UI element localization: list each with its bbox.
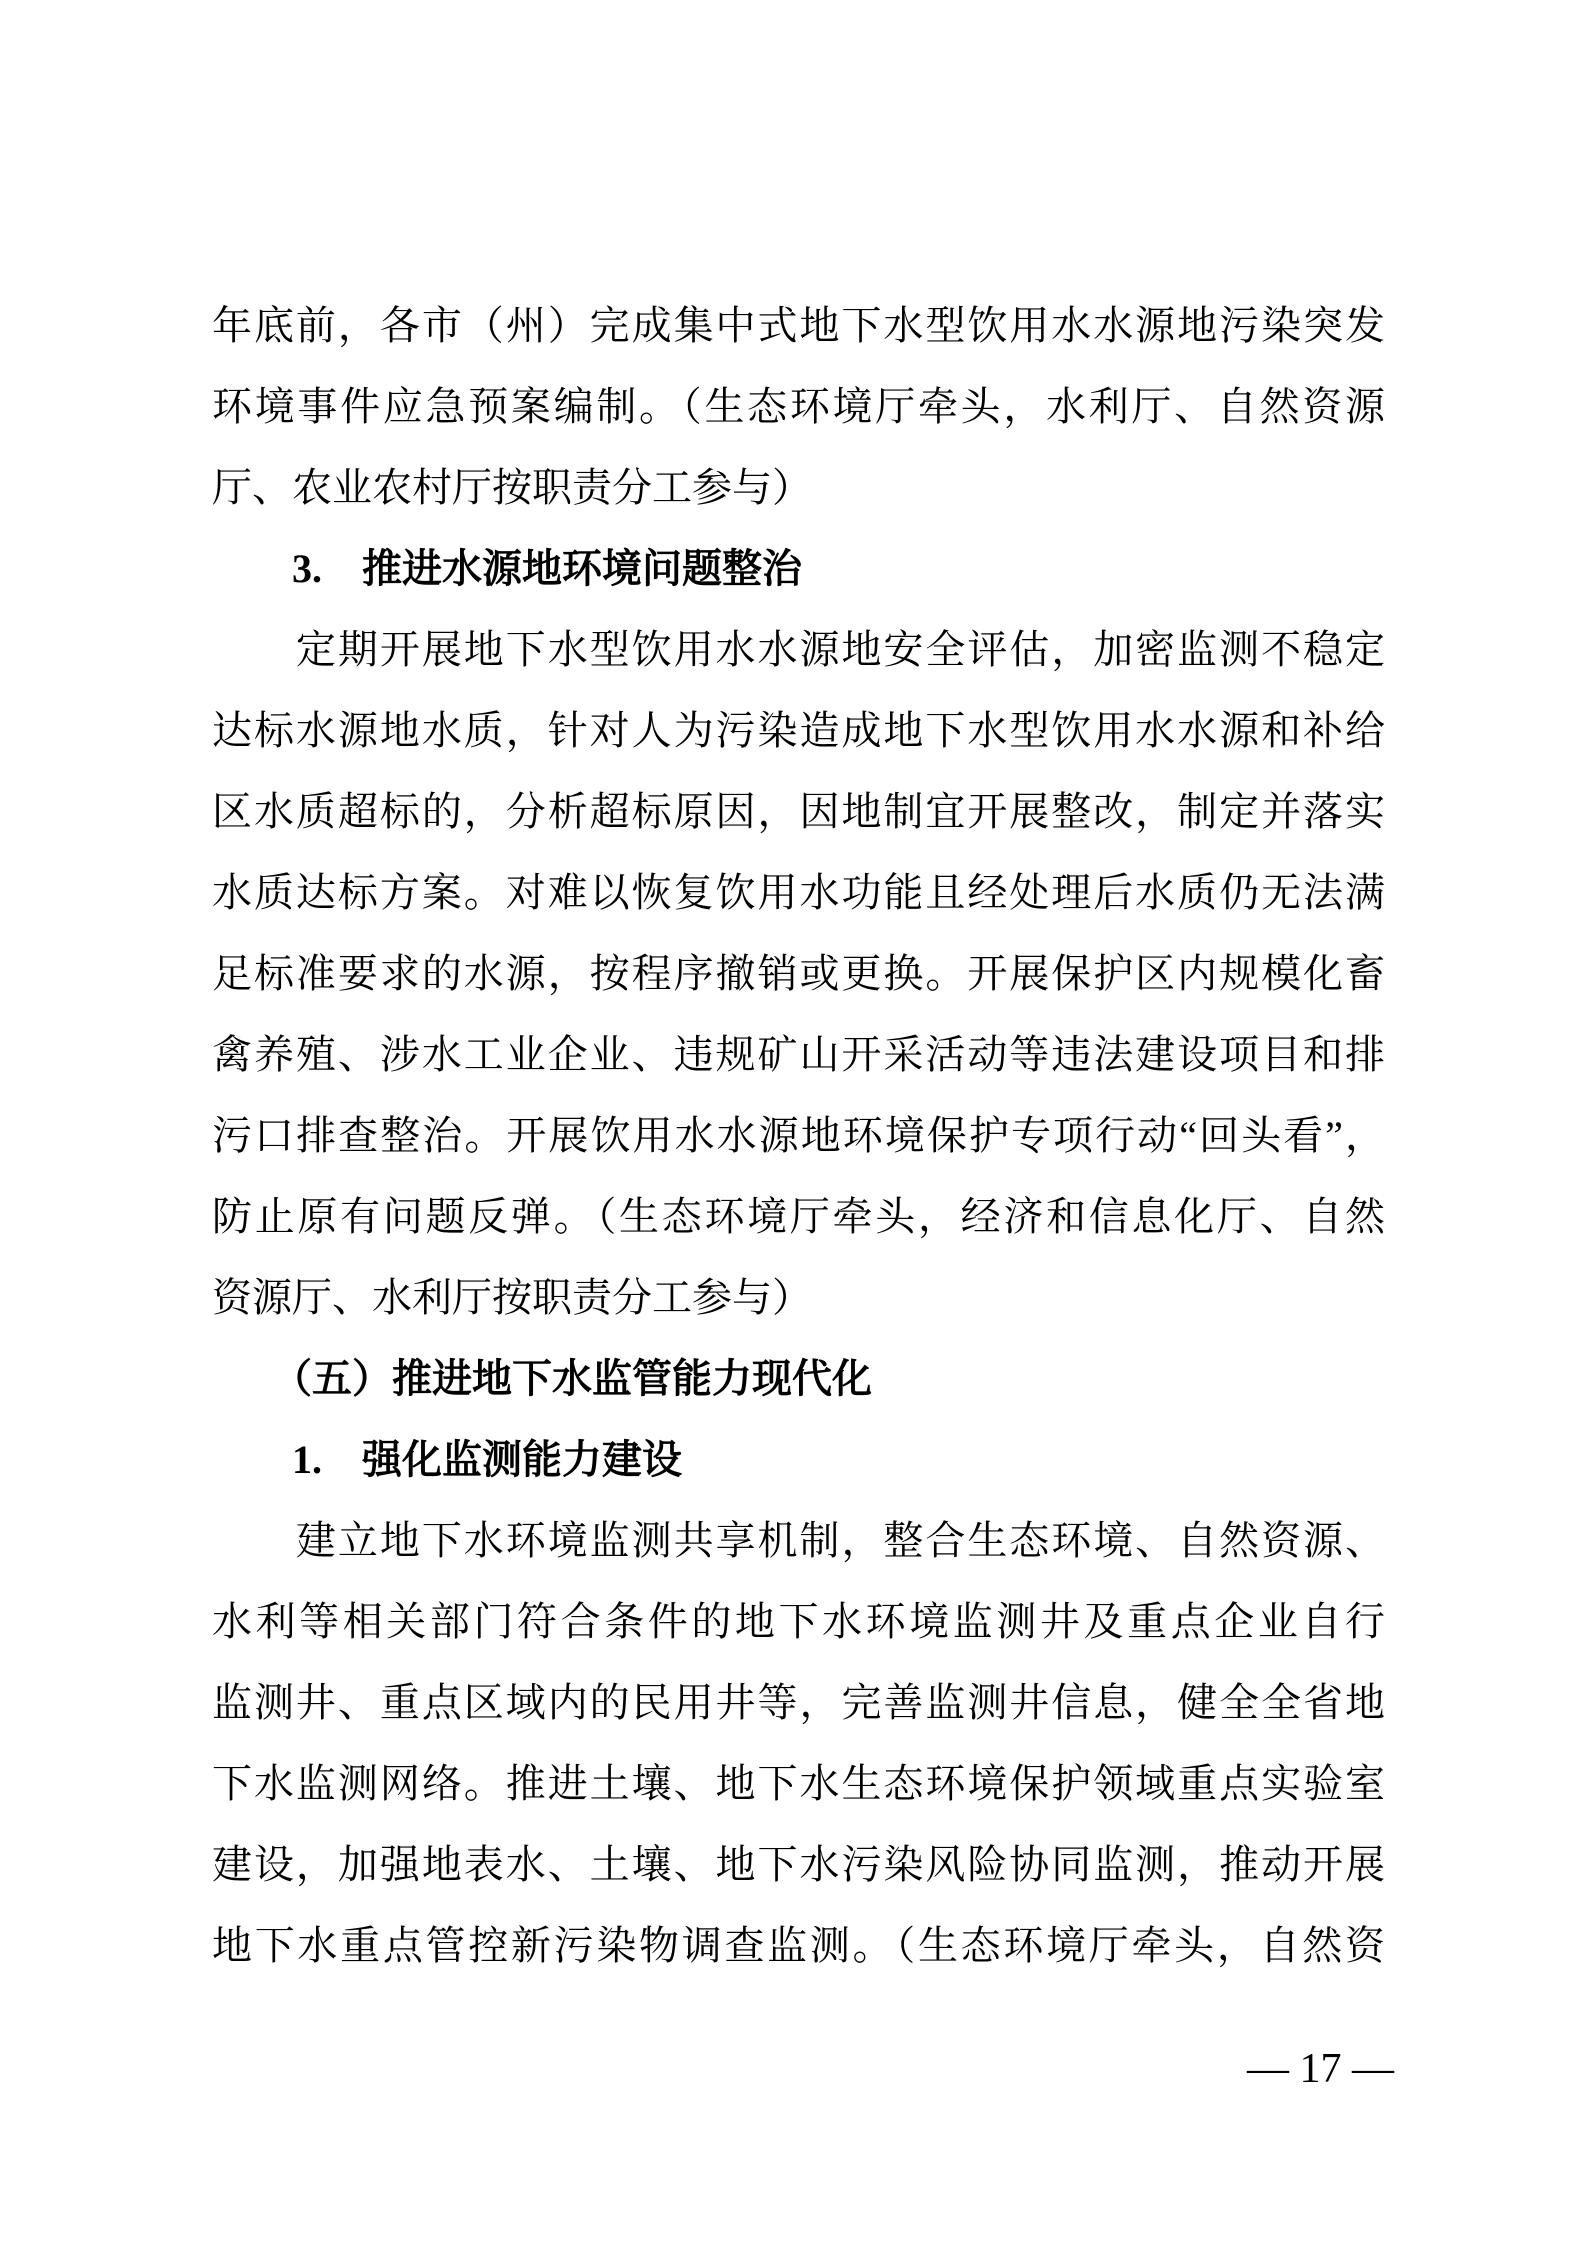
text-line: 地下水重点管控新污染物调查监测。（生态环境厅牵头，自然资	[212, 1905, 1385, 1986]
text-line: 水质达标方案。对难以恢复饮用水功能且经处理后水质仍无法满	[212, 852, 1385, 933]
text-line: 水利等相关部门符合条件的地下水环境监测井及重点企业自行	[212, 1581, 1385, 1662]
text-line: 建设，加强地表水、土壤、地下水污染风险协同监测，推动开展	[212, 1824, 1385, 1905]
document-page: 年底前，各市（州）完成集中式地下水型饮用水水源地污染突发环境事件应急预案编制。（…	[0, 0, 1587, 2245]
text-line: 下水监测网络。推进土壤、地下水生态环境保护领域重点实验室	[212, 1743, 1385, 1824]
text-line: 1. 强化监测能力建设	[212, 1419, 1385, 1500]
text-line: 达标水源地水质，针对人为污染造成地下水型饮用水水源和补给	[212, 690, 1385, 771]
text-line: 足标准要求的水源，按程序撤销或更换。开展保护区内规模化畜	[212, 933, 1385, 1014]
page-number: — 17 —	[1247, 2046, 1394, 2092]
text-line: 定期开展地下水型饮用水水源地安全评估，加密监测不稳定	[212, 609, 1385, 690]
text-line: 厅、农业农村厅按职责分工参与）	[212, 447, 1385, 528]
text-line: 防止原有问题反弹。（生态环境厅牵头，经济和信息化厅、自然	[212, 1176, 1385, 1257]
paragraph-monitoring-capacity: 建立地下水环境监测共享机制，整合生态环境、自然资源、水利等相关部门符合条件的地下…	[212, 1500, 1385, 1986]
text-line: （五）推进地下水监管能力现代化	[212, 1338, 1385, 1419]
page-footer: — 17 —	[1205, 2006, 1394, 2132]
heading-section-5-groundwater-supervision-modernization: （五）推进地下水监管能力现代化	[212, 1338, 1385, 1419]
paragraph-continued-from-previous-page: 年底前，各市（州）完成集中式地下水型饮用水水源地污染突发环境事件应急预案编制。（…	[212, 285, 1385, 528]
text-line: 禽养殖、涉水工业企业、违规矿山开采活动等违法建设项目和排	[212, 1014, 1385, 1095]
text-line: 年底前，各市（州）完成集中式地下水型饮用水水源地污染突发	[212, 285, 1385, 366]
text-line: 监测井、重点区域内的民用井等，完善监测井信息，健全全省地	[212, 1662, 1385, 1743]
text-line: 建立地下水环境监测共享机制，整合生态环境、自然资源、	[212, 1500, 1385, 1581]
text-line: 区水质超标的，分析超标原因，因地制宜开展整改，制定并落实	[212, 771, 1385, 852]
text-line: 3. 推进水源地环境问题整治	[212, 528, 1385, 609]
text-line: 资源厅、水利厅按职责分工参与）	[212, 1257, 1385, 1338]
text-line: 污口排查整治。开展饮用水水源地环境保护专项行动“回头看”，	[212, 1095, 1385, 1176]
heading-item-1-monitoring-capacity: 1. 强化监测能力建设	[212, 1419, 1385, 1500]
heading-item-3-water-source-remediation: 3. 推进水源地环境问题整治	[212, 528, 1385, 609]
document-body: 年底前，各市（州）完成集中式地下水型饮用水水源地污染突发环境事件应急预案编制。（…	[212, 285, 1385, 1986]
paragraph-water-source-remediation: 定期开展地下水型饮用水水源地安全评估，加密监测不稳定达标水源地水质，针对人为污染…	[212, 609, 1385, 1338]
text-line: 环境事件应急预案编制。（生态环境厅牵头，水利厅、自然资源	[212, 366, 1385, 447]
